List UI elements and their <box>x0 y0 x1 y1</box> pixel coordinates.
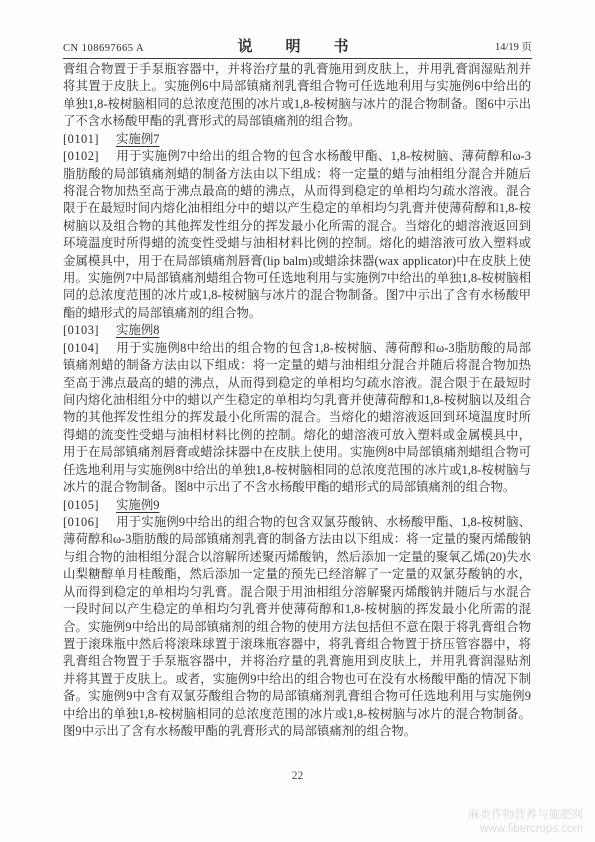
paragraph-text: 用于实施例8中给出的组合物的包含1,8-桉树脑、薄荷醇和ω-3脂肪酸的局部镇痛剂… <box>63 341 531 494</box>
paragraph-text: 用于实施例7中给出的组合物的包含水杨酸甲酯、1,8-桉树脑、薄荷醇和ω-3脂肪酸… <box>63 149 531 320</box>
footer-page-number: 22 <box>0 770 595 782</box>
paragraph-number: [0106] <box>63 514 116 531</box>
paragraph-0106: [0106]用于实施例9中给出的组合物的包含双氯芬酸钠、水杨酸甲酯、1,8-桉树… <box>63 514 531 740</box>
page-header: CN 108697665 A 说 明 书 14/19 页 <box>63 36 532 58</box>
patent-number: CN 108697665 A <box>63 43 144 54</box>
watermark-site-name: 麻类作物营养与施肥网 <box>468 809 583 823</box>
paragraph-text: 用于实施例9中给出的组合物的包含双氯芬酸钠、水杨酸甲酯、1,8-桉树脑、薄荷醇和… <box>63 515 531 738</box>
document-body: 膏组合物置于手泵瓶容器中，并将治疗量的乳膏施用到皮肤上，并用乳膏润湿贴剂并将其置… <box>63 61 531 740</box>
paragraph-number: [0102] <box>63 148 116 165</box>
paragraph-0102: [0102]用于实施例7中给出的组合物的包含水杨酸甲酯、1,8-桉树脑、薄荷醇和… <box>63 148 531 322</box>
paragraph-number: [0103] <box>63 322 116 339</box>
document-title: 说 明 书 <box>237 35 357 56</box>
header-divider <box>63 58 532 59</box>
example-9-heading: 实施例9 <box>116 498 159 512</box>
paragraph-0105: [0105]实施例9 <box>63 497 531 514</box>
paragraph-continuation: 膏组合物置于手泵瓶容器中，并将治疗量的乳膏施用到皮肤上，并用乳膏润湿贴剂并将其置… <box>63 61 531 131</box>
paragraph-number: [0105] <box>63 497 116 514</box>
page-indicator: 14/19 页 <box>495 39 532 54</box>
paragraph-0103: [0103]实施例8 <box>63 322 531 339</box>
paragraph-number: [0104] <box>63 340 116 357</box>
example-7-heading: 实施例7 <box>116 132 159 146</box>
watermark-site-url: www.fibercrops.com <box>468 823 583 837</box>
paragraph-0104: [0104]用于实施例8中给出的组合物的包含1,8-桉树脑、薄荷醇和ω-3脂肪酸… <box>63 340 531 497</box>
paragraph-0101: [0101]实施例7 <box>63 131 531 148</box>
paragraph-text: 膏组合物置于手泵瓶容器中，并将治疗量的乳膏施用到皮肤上，并用乳膏润湿贴剂并将其置… <box>63 62 531 128</box>
example-8-heading: 实施例8 <box>116 323 159 337</box>
patent-page: CN 108697665 A 说 明 书 14/19 页 膏组合物置于手泵瓶容器… <box>0 0 595 842</box>
paragraph-number: [0101] <box>63 131 116 148</box>
watermark: 麻类作物营养与施肥网 www.fibercrops.com <box>468 809 583 836</box>
